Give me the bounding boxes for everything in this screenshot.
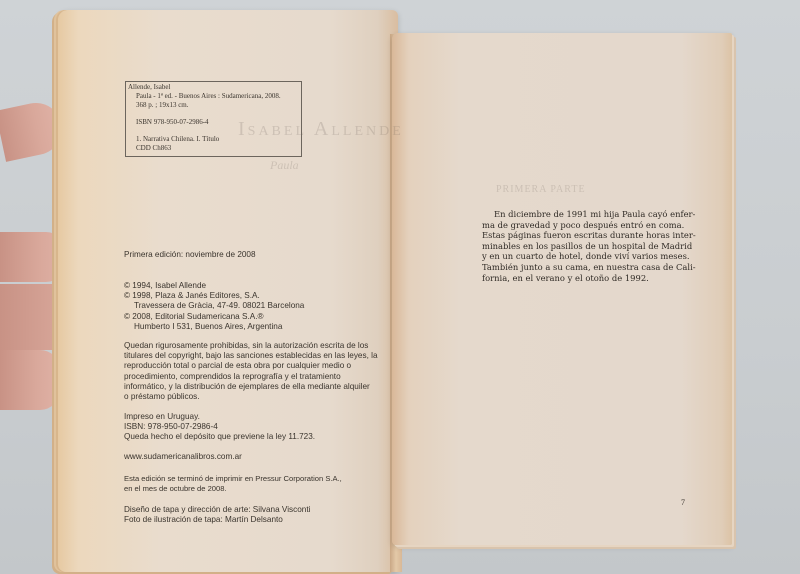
epigraph-line: Estas páginas fueron escritas durante ho… (482, 230, 682, 241)
epigraph-line: y en un cuarto de hotel, donde viví vari… (482, 251, 682, 262)
copyright-block: © 1994, Isabel Allende © 1998, Plaza & J… (124, 281, 304, 332)
hand-finger-middle (0, 232, 66, 282)
cip-subject: 1. Narrativa Chilena. I. Título (128, 135, 299, 144)
right-page (392, 33, 732, 545)
cip-catalog-record: Allende, Isabel Paula - 1ª ed. - Buenos … (125, 81, 302, 157)
epigraph-line: También junto a su cama, en nuestra casa… (482, 262, 682, 273)
open-book: Isabel Allende Paula Primera Parte Allen… (0, 0, 800, 574)
printing-info: Impreso en Uruguay. ISBN: 978-950-07-298… (124, 412, 315, 443)
copyright-line: Travessera de Gràcia, 47-49. 08021 Barce… (124, 301, 304, 311)
cip-author: Allende, Isabel (128, 83, 299, 92)
copyright-line: © 2008, Editorial Sudamericana S.A.® (124, 312, 304, 322)
epigraph-line: minables en los pasillos de un hospital … (482, 241, 682, 252)
show-through-heading: Primera Parte (496, 184, 586, 195)
copyright-line: © 1994, Isabel Allende (124, 281, 304, 291)
cip-publication: Paula - 1ª ed. - Buenos Aires : Sudameri… (128, 92, 299, 101)
publisher-website: www.sudamericanalibros.com.ar (124, 452, 242, 462)
cip-cdd: CDD Ch863 (128, 144, 299, 153)
cip-isbn: ISBN 978-950-07-2986-4 (128, 118, 299, 127)
epigraph-line: ma de gravedad y poco después entró en c… (482, 220, 682, 231)
cip-physical: 368 p. ; 19x13 cm. (128, 101, 299, 110)
copyright-line: Humberto I 531, Buenos Aires, Argentina (124, 322, 304, 332)
page-number: 7 (681, 498, 685, 507)
epigraph: En diciembre de 1991 mi hija Paula cayó … (482, 209, 682, 283)
epigraph-line: fornia, en el verano y el otoño de 1992. (482, 273, 682, 284)
rights-notice: Quedan rigurosamente prohibidas, sin la … (124, 341, 378, 402)
hand-finger-top (0, 98, 67, 162)
hand-finger-bottom (0, 350, 60, 410)
cover-credits: Diseño de tapa y dirección de arte: Silv… (124, 505, 310, 525)
colophon: Esta edición se terminó de imprimir en P… (124, 474, 342, 494)
copyright-line: © 1998, Plaza & Janés Editores, S.A. (124, 291, 304, 301)
first-edition: Primera edición: noviembre de 2008 (124, 250, 256, 260)
epigraph-line: En diciembre de 1991 mi hija Paula cayó … (482, 209, 682, 220)
show-through-subtitle: Paula (270, 158, 299, 173)
